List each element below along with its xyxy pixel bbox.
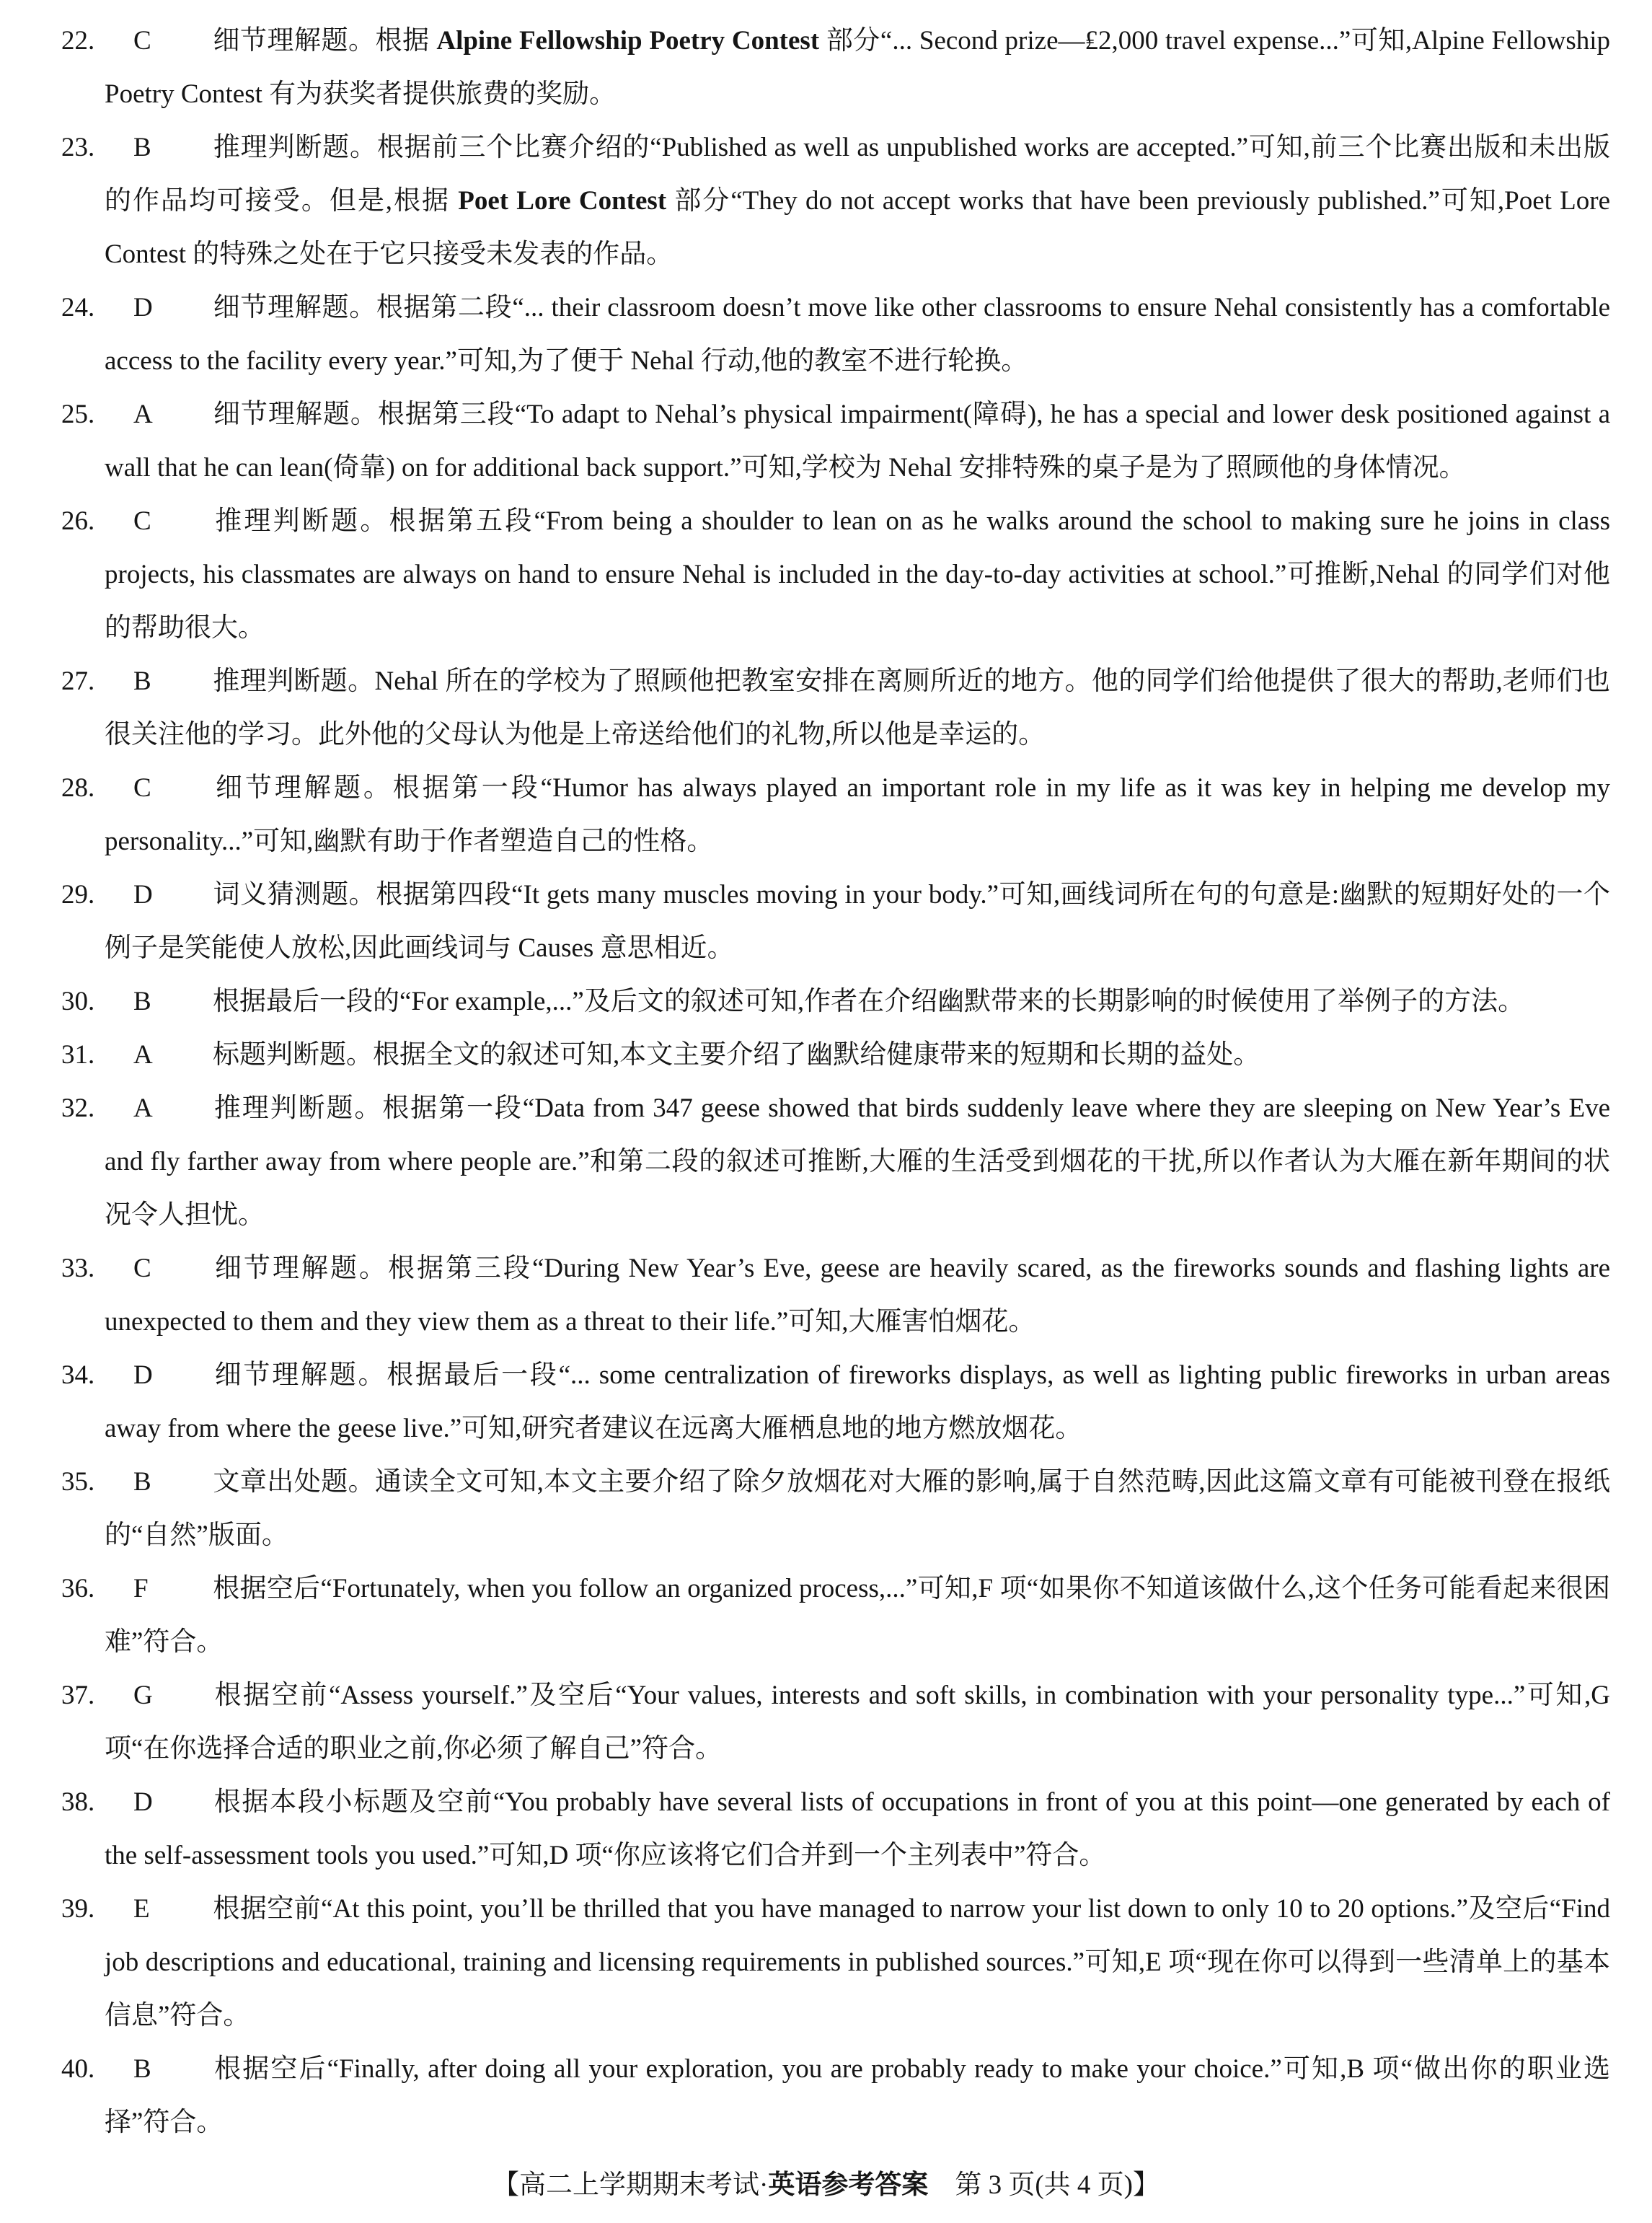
answer-item: 38.D根据本段小标题及空前“You probably have several…: [61, 1776, 1610, 1883]
answer-explanation: 根据空后“Fortunately, when you follow an org…: [105, 1574, 1610, 1657]
question-number: 35.: [61, 1456, 133, 1509]
answer-item: 40.B根据空后“Finally, after doing all your e…: [61, 2043, 1610, 2149]
answer-explanation: 根据空前“At this point, you’ll be thrilled t…: [105, 1894, 1610, 2030]
answer-list: 22.C细节理解题。根据 Alpine Fellowship Poetry Co…: [61, 14, 1610, 2149]
answer-explanation: 细节理解题。根据最后一段“... some centralization of …: [105, 1360, 1610, 1443]
question-number: 33.: [61, 1242, 133, 1295]
question-number: 36.: [61, 1562, 133, 1616]
answer-letter: B: [133, 1456, 213, 1509]
question-number: 23.: [61, 121, 133, 175]
answer-explanation: 细节理解题。根据第一段“Humor has always played an i…: [105, 773, 1610, 856]
answer-letter: D: [133, 868, 213, 922]
question-number: 39.: [61, 1883, 133, 1936]
page-footer: 【高二上学期期末考试·英语参考答案 第 3 页(共 4 页)】: [0, 2164, 1652, 2207]
answer-item: 32.A推理判断题。根据第一段“Data from 347 geese show…: [61, 1082, 1610, 1242]
answer-letter: C: [133, 762, 213, 815]
answer-letter: F: [133, 1562, 213, 1616]
answer-letter: A: [133, 1082, 213, 1135]
answer-item: 34.D细节理解题。根据最后一段“... some centralization…: [61, 1349, 1610, 1456]
answer-explanation: 推理判断题。根据前三个比赛介绍的“Published as well as un…: [105, 133, 1610, 269]
answer-letter: D: [133, 1349, 213, 1402]
answer-letter: C: [133, 1242, 213, 1295]
answer-letter: A: [133, 388, 213, 441]
answer-explanation: 细节理解题。根据第二段“... their classroom doesn’t …: [105, 293, 1610, 376]
answer-explanation: 根据最后一段的“For example,...”及后文的叙述可知,作者在介绍幽默…: [213, 987, 1524, 1016]
answer-item: 28.C细节理解题。根据第一段“Humor has always played …: [61, 762, 1610, 868]
footer-page-number: 第 3 页(共 4 页)】: [928, 2170, 1160, 2200]
question-number: 28.: [61, 762, 133, 815]
answer-item: 22.C细节理解题。根据 Alpine Fellowship Poetry Co…: [61, 14, 1610, 121]
footer-answer-key-title: 英语参考答案: [768, 2170, 928, 2200]
question-number: 31.: [61, 1029, 133, 1082]
answer-item: 30.B根据最后一段的“For example,...”及后文的叙述可知,作者在…: [61, 975, 1610, 1029]
answer-item: 24.D细节理解题。根据第二段“... their classroom does…: [61, 281, 1610, 388]
answer-explanation: 根据空后“Finally, after doing all your explo…: [105, 2054, 1610, 2137]
answer-explanation: 推理判断题。Nehal 所在的学校为了照顾他把教室安排在离厕所近的地方。他的同学…: [105, 666, 1610, 749]
question-number: 32.: [61, 1082, 133, 1135]
answer-explanation: 词义猜测题。根据第四段“It gets many muscles moving …: [105, 880, 1610, 963]
answer-item: 25.A细节理解题。根据第三段“To adapt to Nehal’s phys…: [61, 388, 1610, 495]
question-number: 38.: [61, 1776, 133, 1829]
question-number: 37.: [61, 1669, 133, 1722]
answer-explanation: 细节理解题。根据第三段“During New Year’s Eve, geese…: [105, 1254, 1610, 1337]
answer-item: 37.G根据空前“Assess yourself.”及空后“Your value…: [61, 1669, 1610, 1776]
answer-letter: A: [133, 1029, 213, 1082]
answer-letter: C: [133, 14, 213, 68]
answer-letter: E: [133, 1883, 213, 1936]
answer-item: 31.A标题判断题。根据全文的叙述可知,本文主要介绍了幽默给健康带来的短期和长期…: [61, 1029, 1610, 1082]
answer-item: 33.C细节理解题。根据第三段“During New Year’s Eve, g…: [61, 1242, 1610, 1349]
answer-item: 23.B推理判断题。根据前三个比赛介绍的“Published as well a…: [61, 121, 1610, 281]
answer-explanation: 标题判断题。根据全文的叙述可知,本文主要介绍了幽默给健康带来的短期和长期的益处。: [213, 1040, 1260, 1070]
question-number: 40.: [61, 2043, 133, 2096]
answer-explanation: 根据本段小标题及空前“You probably have several lis…: [105, 1787, 1610, 1870]
answer-letter: D: [133, 1776, 213, 1829]
answer-explanation: 细节理解题。根据第三段“To adapt to Nehal’s physical…: [105, 400, 1610, 483]
answer-letter: B: [133, 975, 213, 1029]
answer-letter: B: [133, 655, 213, 708]
answer-letter: D: [133, 281, 213, 335]
question-number: 29.: [61, 868, 133, 922]
page: 22.C细节理解题。根据 Alpine Fellowship Poetry Co…: [0, 0, 1652, 2223]
answer-item: 35.B文章出处题。通读全文可知,本文主要介绍了除夕放烟花对大雁的影响,属于自然…: [61, 1456, 1610, 1562]
answer-item: 39.E根据空前“At this point, you’ll be thrill…: [61, 1883, 1610, 2043]
question-number: 25.: [61, 388, 133, 441]
question-number: 34.: [61, 1349, 133, 1402]
answer-letter: B: [133, 121, 213, 175]
answer-explanation: 根据空前“Assess yourself.”及空后“Your values, i…: [105, 1681, 1610, 1764]
answer-item: 26.C推理判断题。根据第五段“From being a shoulder to…: [61, 495, 1610, 655]
answer-item: 29.D词义猜测题。根据第四段“It gets many muscles mov…: [61, 868, 1610, 975]
question-number: 30.: [61, 975, 133, 1029]
answer-explanation: 推理判断题。根据第一段“Data from 347 geese showed t…: [105, 1093, 1610, 1230]
answer-explanation: 推理判断题。根据第五段“From being a shoulder to lea…: [105, 506, 1610, 643]
answer-item: 36.F根据空后“Fortunately, when you follow an…: [61, 1562, 1610, 1669]
answer-letter: B: [133, 2043, 213, 2096]
question-number: 26.: [61, 495, 133, 548]
question-number: 22.: [61, 14, 133, 68]
answer-letter: G: [133, 1669, 213, 1722]
answer-explanation: 文章出处题。通读全文可知,本文主要介绍了除夕放烟花对大雁的影响,属于自然范畴,因…: [105, 1467, 1610, 1550]
answer-explanation: 细节理解题。根据 Alpine Fellowship Poetry Contes…: [105, 26, 1610, 109]
question-number: 27.: [61, 655, 133, 708]
answer-item: 27.B推理判断题。Nehal 所在的学校为了照顾他把教室安排在离厕所近的地方。…: [61, 655, 1610, 762]
footer-exam-title: 【高二上学期期末考试·: [492, 2170, 768, 2200]
question-number: 24.: [61, 281, 133, 335]
answer-letter: C: [133, 495, 213, 548]
